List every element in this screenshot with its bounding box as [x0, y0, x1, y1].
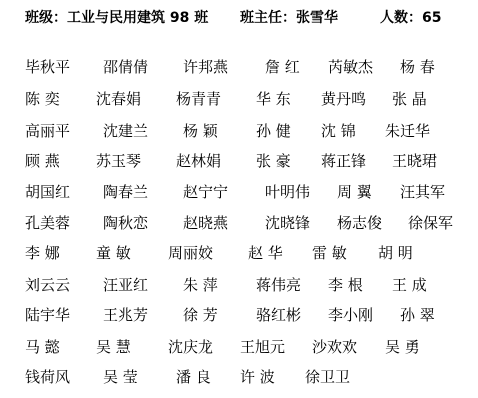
student-name: 李 娜 [25, 243, 60, 263]
student-name: 陈 奕 [25, 89, 60, 109]
student-name: 沈晓锋 [265, 213, 310, 233]
student-name: 赵林娟 [176, 151, 221, 171]
student-name: 杨 颖 [183, 121, 218, 141]
student-name: 李小刚 [328, 305, 373, 325]
student-name: 顾 燕 [25, 151, 60, 171]
student-name: 王旭元 [240, 337, 285, 357]
student-roster: 毕秋平邵倩倩许邦燕詹 红芮敏杰杨 春陈 奕沈春娟杨青青华 东黄丹鸣张 晶高丽平沈… [0, 0, 478, 398]
student-name: 毕秋平 [25, 57, 70, 77]
student-name: 黄丹鸣 [321, 89, 366, 109]
student-name: 陆宇华 [25, 305, 70, 325]
student-name: 王晓珺 [392, 151, 437, 171]
student-name: 汪亚红 [103, 275, 148, 295]
student-name: 詹 红 [265, 57, 300, 77]
student-name: 沈庆龙 [168, 337, 213, 357]
student-name: 徐保军 [408, 213, 453, 233]
student-name: 许 波 [240, 367, 275, 387]
student-name: 潘 良 [176, 367, 211, 387]
student-name: 胡国红 [25, 182, 70, 202]
student-name: 蒋伟亮 [256, 275, 301, 295]
student-name: 杨志俊 [337, 213, 382, 233]
student-name: 赵宁宁 [183, 182, 228, 202]
student-name: 吴 慧 [96, 337, 131, 357]
student-name: 徐卫卫 [305, 367, 350, 387]
student-name: 王 成 [392, 275, 427, 295]
student-name: 徐 芳 [183, 305, 218, 325]
student-name: 蒋正锋 [321, 151, 366, 171]
student-name: 沈 锦 [321, 121, 356, 141]
student-name: 胡 明 [378, 243, 413, 263]
student-name: 芮敏杰 [328, 57, 373, 77]
student-name: 朱迁华 [385, 121, 430, 141]
student-name: 童 敏 [96, 243, 131, 263]
student-name: 许邦燕 [183, 57, 228, 77]
student-name: 苏玉琴 [96, 151, 141, 171]
student-name: 骆红彬 [256, 305, 301, 325]
student-name: 沈建兰 [103, 121, 148, 141]
student-name: 张 豪 [256, 151, 291, 171]
student-name: 孔美蓉 [25, 213, 70, 233]
student-name: 孙 健 [256, 121, 291, 141]
student-name: 邵倩倩 [103, 57, 148, 77]
student-name: 叶明伟 [265, 182, 310, 202]
student-name: 吴 勇 [385, 337, 420, 357]
student-name: 高丽平 [25, 121, 70, 141]
student-name: 杨 春 [400, 57, 435, 77]
student-name: 雷 敏 [312, 243, 347, 263]
student-name: 华 东 [256, 89, 291, 109]
student-name: 马 懿 [25, 337, 60, 357]
student-name: 沙欢欢 [312, 337, 357, 357]
student-name: 周丽姣 [168, 243, 213, 263]
student-name: 朱 萍 [183, 275, 218, 295]
student-name: 周 翼 [337, 182, 372, 202]
student-name: 沈春娟 [96, 89, 141, 109]
student-name: 钱荷风 [25, 367, 70, 387]
student-name: 杨青青 [176, 89, 221, 109]
student-name: 赵晓燕 [183, 213, 228, 233]
student-name: 王兆芳 [103, 305, 148, 325]
student-name: 刘云云 [25, 275, 70, 295]
student-name: 陶秋恋 [103, 213, 148, 233]
student-name: 陶春兰 [103, 182, 148, 202]
student-name: 汪其军 [400, 182, 445, 202]
student-name: 赵 华 [248, 243, 283, 263]
student-name: 张 晶 [392, 89, 427, 109]
student-name: 李 根 [328, 275, 363, 295]
student-name: 吴 莹 [103, 367, 138, 387]
student-name: 孙 翠 [400, 305, 435, 325]
